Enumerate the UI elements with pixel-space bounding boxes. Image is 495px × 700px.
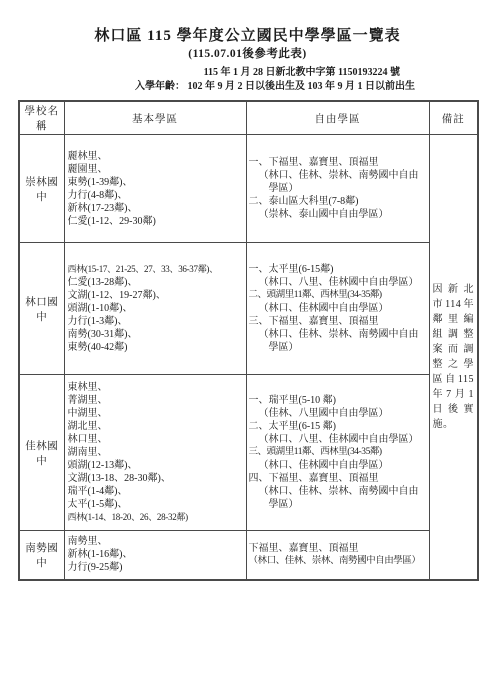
basic-district-line: 力行(4-8鄰)、 xyxy=(68,189,244,202)
basic-district-line: 力行(9-25鄰) xyxy=(68,561,244,574)
admission-age-line: 入學年齡： 102 年 9 月 2 日以後出生及 103 年 9 月 1 日以前… xyxy=(0,80,495,94)
free-district-line: （崇林、泰山國中自由學區） xyxy=(249,208,427,221)
info-block: 115 年 1 月 28 日新北教中字第 1150193224 號 入學年齡： … xyxy=(0,66,495,94)
free-district-cell: 一、下福里、嘉寶里、頂福里（林口、佳林、崇林、南勢國中自由學區）二、泰山區大科里… xyxy=(246,135,429,243)
free-district-line: （林口、佳林、崇林、南勢國中自由學區） xyxy=(249,485,427,511)
basic-district-line: 文湖(1-12、19-27鄰)、 xyxy=(68,289,244,302)
remark-cell: 因新北市114年鄰里編組調整案而調整之學區自115年7月1日後實施。 xyxy=(429,135,478,580)
free-district-line: （林口、佳林、崇林、南勢國中自由學區） xyxy=(249,555,427,568)
basic-district-line: 麗林里、 xyxy=(68,150,244,163)
free-district-line: （佳林、八里國中自由學區） xyxy=(249,407,427,420)
free-district-line: （林口、八里、佳林國中自由學區） xyxy=(249,276,427,289)
basic-district-line: 新林(17-23鄰)、 xyxy=(68,202,244,215)
free-district-line: 一、太平里(6-15鄰) xyxy=(249,263,427,276)
column-header-2: 自由學區 xyxy=(246,101,429,135)
free-district-line: 二、泰山區大科里(7-8鄰) xyxy=(249,195,427,208)
basic-district-cell: 南勢里、新林(1-16鄰)、力行(9-25鄰) xyxy=(64,531,246,580)
basic-district-line: 文湖(13-18、28-30鄰)、 xyxy=(68,472,244,485)
basic-district-line: 仁愛(1-12、29-30鄰) xyxy=(68,215,244,228)
table-row: 林口國中西林(15-17、21-25、27、33、36-37鄰)、仁愛(13-2… xyxy=(19,243,478,375)
basic-district-line: 仁愛(13-28鄰)、 xyxy=(68,276,244,289)
basic-district-line: 西林(1-14、18-20、26、28-32鄰) xyxy=(68,511,244,524)
page-title: 林口區 115 學年度公立國民中學學區一覽表 xyxy=(0,26,495,46)
basic-district-line: 頭湖(12-13鄰)、 xyxy=(68,459,244,472)
basic-district-line: 瑞平(1-4鄰)、 xyxy=(68,485,244,498)
basic-district-line: 力行(1-3鄰)、 xyxy=(68,315,244,328)
free-district-line: （林口、佳林國中自由學區） xyxy=(249,459,427,472)
doc-number-line: 115 年 1 月 28 日新北教中字第 1150193224 號 xyxy=(0,66,495,80)
basic-district-cell: 東林里、菁湖里、中湖里、湖北里、林口里、湖南里、頭湖(12-13鄰)、文湖(13… xyxy=(64,375,246,531)
table-header-row: 學校名稱基本學區自由學區備註 xyxy=(19,101,478,135)
school-name: 崇林國中 xyxy=(19,135,64,243)
basic-district-line: 南勢里、 xyxy=(68,535,244,548)
school-name: 林口國中 xyxy=(19,243,64,375)
free-district-cell: 一、太平里(6-15鄰)（林口、八里、佳林國中自由學區）二、頭湖里11鄰、西林里… xyxy=(246,243,429,375)
free-district-line: 三、頭湖里11鄰、西林里(34-35鄰) xyxy=(249,446,427,459)
basic-district-line: 東勢(1-39鄰)、 xyxy=(68,176,244,189)
school-name: 佳林國中 xyxy=(19,375,64,531)
basic-district-line: 湖南里、 xyxy=(68,446,244,459)
basic-district-line: 南勢(30-31鄰)、 xyxy=(68,328,244,341)
free-district-line: 三、下福里、嘉寶里、頂福里 xyxy=(249,315,427,328)
free-district-line: （林口、八里、佳林國中自由學區） xyxy=(249,433,427,446)
free-district-cell: 下福里、嘉寶里、頂福里（林口、佳林、崇林、南勢國中自由學區） xyxy=(246,531,429,580)
free-district-cell: 一、瑞平里(5-10 鄰)（佳林、八里國中自由學區）二、太平里(6-15 鄰)（… xyxy=(246,375,429,531)
basic-district-line: 麗園里、 xyxy=(68,163,244,176)
basic-district-line: 湖北里、 xyxy=(68,420,244,433)
basic-district-line: 東林里、 xyxy=(68,381,244,394)
column-header-3: 備註 xyxy=(429,101,478,135)
remark-text: 因新北市114年鄰里編組調整案而調整之學區自115年7月1日後實施。 xyxy=(433,282,475,432)
basic-district-line: 中湖里、 xyxy=(68,407,244,420)
basic-district-line: 新林(1-16鄰)、 xyxy=(68,548,244,561)
page-subtitle: (115.07.01後參考此表) xyxy=(0,46,495,62)
school-name: 南勢國中 xyxy=(19,531,64,580)
table-body: 崇林國中麗林里、麗園里、東勢(1-39鄰)、力行(4-8鄰)、新林(17-23鄰… xyxy=(19,135,478,580)
basic-district-cell: 麗林里、麗園里、東勢(1-39鄰)、力行(4-8鄰)、新林(17-23鄰)、仁愛… xyxy=(64,135,246,243)
basic-district-cell: 西林(15-17、21-25、27、33、36-37鄰)、仁愛(13-28鄰)、… xyxy=(64,243,246,375)
basic-district-line: 菁湖里、 xyxy=(68,394,244,407)
basic-district-line: 頭湖(1-10鄰)、 xyxy=(68,302,244,315)
free-district-line: 一、下福里、嘉寶里、頂福里 xyxy=(249,156,427,169)
basic-district-line: 西林(15-17、21-25、27、33、36-37鄰)、 xyxy=(68,263,244,276)
free-district-line: （林口、佳林、崇林、南勢國中自由學區） xyxy=(249,169,427,195)
free-district-line: （林口、佳林、崇林、南勢國中自由學區） xyxy=(249,328,427,354)
free-district-line: （林口、佳林國中自由學區） xyxy=(249,302,427,315)
free-district-line: 二、太平里(6-15 鄰) xyxy=(249,420,427,433)
free-district-line: 一、瑞平里(5-10 鄰) xyxy=(249,394,427,407)
free-district-line: 四、下福里、嘉寶里、頂福里 xyxy=(249,472,427,485)
column-header-0: 學校名稱 xyxy=(19,101,64,135)
table-row: 南勢國中南勢里、新林(1-16鄰)、力行(9-25鄰)下福里、嘉寶里、頂福里（林… xyxy=(19,531,478,580)
basic-district-line: 林口里、 xyxy=(68,433,244,446)
district-table: 學校名稱基本學區自由學區備註 崇林國中麗林里、麗園里、東勢(1-39鄰)、力行(… xyxy=(18,100,479,581)
basic-district-line: 太平(1-5鄰)、 xyxy=(68,498,244,511)
table-row: 崇林國中麗林里、麗園里、東勢(1-39鄰)、力行(4-8鄰)、新林(17-23鄰… xyxy=(19,135,478,243)
free-district-line: 二、頭湖里11鄰、西林里(34-35鄰) xyxy=(249,289,427,302)
table-row: 佳林國中東林里、菁湖里、中湖里、湖北里、林口里、湖南里、頭湖(12-13鄰)、文… xyxy=(19,375,478,531)
free-district-line: 下福里、嘉寶里、頂福里 xyxy=(249,542,427,555)
column-header-1: 基本學區 xyxy=(64,101,246,135)
basic-district-line: 東勢(40-42鄰) xyxy=(68,341,244,354)
document-page: 林口區 115 學年度公立國民中學學區一覽表 (115.07.01後參考此表) … xyxy=(0,0,495,581)
